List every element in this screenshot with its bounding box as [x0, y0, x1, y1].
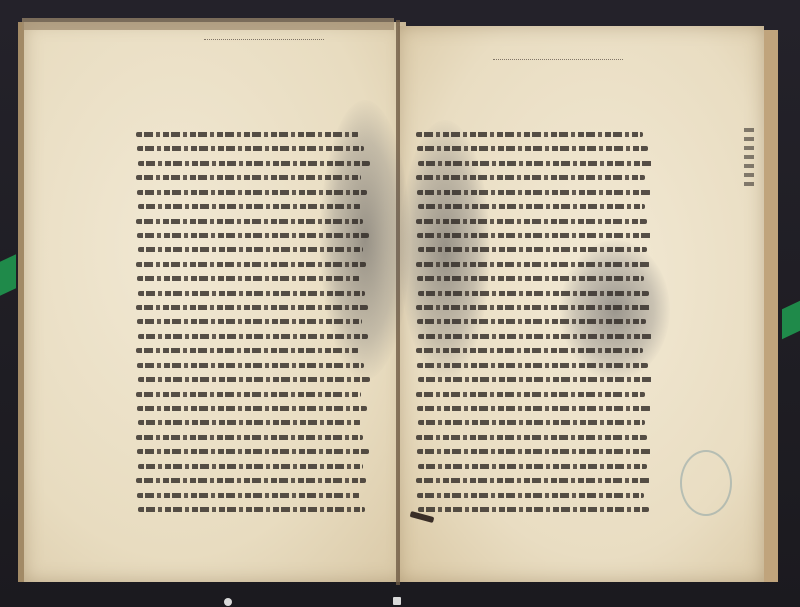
script-line [418, 507, 649, 512]
script-line [417, 449, 653, 454]
script-line [417, 146, 648, 151]
script-line [417, 406, 651, 411]
script-line [418, 464, 647, 469]
script-line [418, 377, 654, 382]
script-line [416, 262, 650, 267]
script-line [417, 233, 653, 238]
script-line [416, 435, 647, 440]
script-line [418, 161, 654, 166]
oval-stamp [680, 450, 732, 516]
script-line [138, 161, 370, 166]
script-line [416, 348, 643, 353]
photo-background [0, 0, 800, 607]
script-line [136, 348, 359, 353]
script-line [137, 449, 369, 454]
script-line [417, 493, 644, 498]
script-line [136, 262, 366, 267]
script-line [136, 175, 361, 180]
left-page-text-block [136, 132, 368, 512]
script-line [416, 219, 647, 224]
green-marker-left [0, 254, 16, 295]
script-line [417, 276, 644, 281]
script-line [417, 319, 646, 324]
right-page-header-note [493, 50, 623, 60]
right-page-edge [764, 30, 778, 582]
script-line [137, 319, 362, 324]
script-line [136, 478, 366, 483]
script-line [136, 392, 361, 397]
script-line [417, 363, 648, 368]
script-line [416, 132, 643, 137]
script-line [138, 247, 363, 252]
left-page-top-band [22, 18, 394, 30]
script-line [138, 377, 370, 382]
script-line [416, 305, 652, 310]
script-line [137, 233, 369, 238]
script-line [138, 464, 363, 469]
script-line [417, 190, 651, 195]
script-line [137, 190, 367, 195]
script-line [136, 435, 363, 440]
script-line [137, 276, 360, 281]
script-line [418, 334, 652, 339]
script-line [138, 507, 365, 512]
script-line [136, 219, 363, 224]
script-line [418, 420, 645, 425]
script-line [418, 291, 649, 296]
left-page-header-note [204, 30, 324, 40]
script-line [136, 305, 368, 310]
right-margin-note [744, 128, 754, 188]
script-line [418, 247, 647, 252]
green-marker-right [782, 301, 800, 339]
script-line [418, 204, 645, 209]
script-line [137, 493, 360, 498]
script-line [137, 146, 364, 151]
script-line [138, 420, 361, 425]
script-line [416, 478, 650, 483]
script-line [137, 363, 364, 368]
script-line [138, 291, 365, 296]
script-line [416, 392, 645, 397]
script-line [138, 204, 361, 209]
right-page-text-block [416, 132, 652, 512]
script-line [138, 334, 368, 339]
pin-marker [393, 597, 401, 605]
script-line [137, 406, 367, 411]
script-line [416, 175, 645, 180]
pin-marker [224, 598, 232, 606]
script-line [136, 132, 359, 137]
